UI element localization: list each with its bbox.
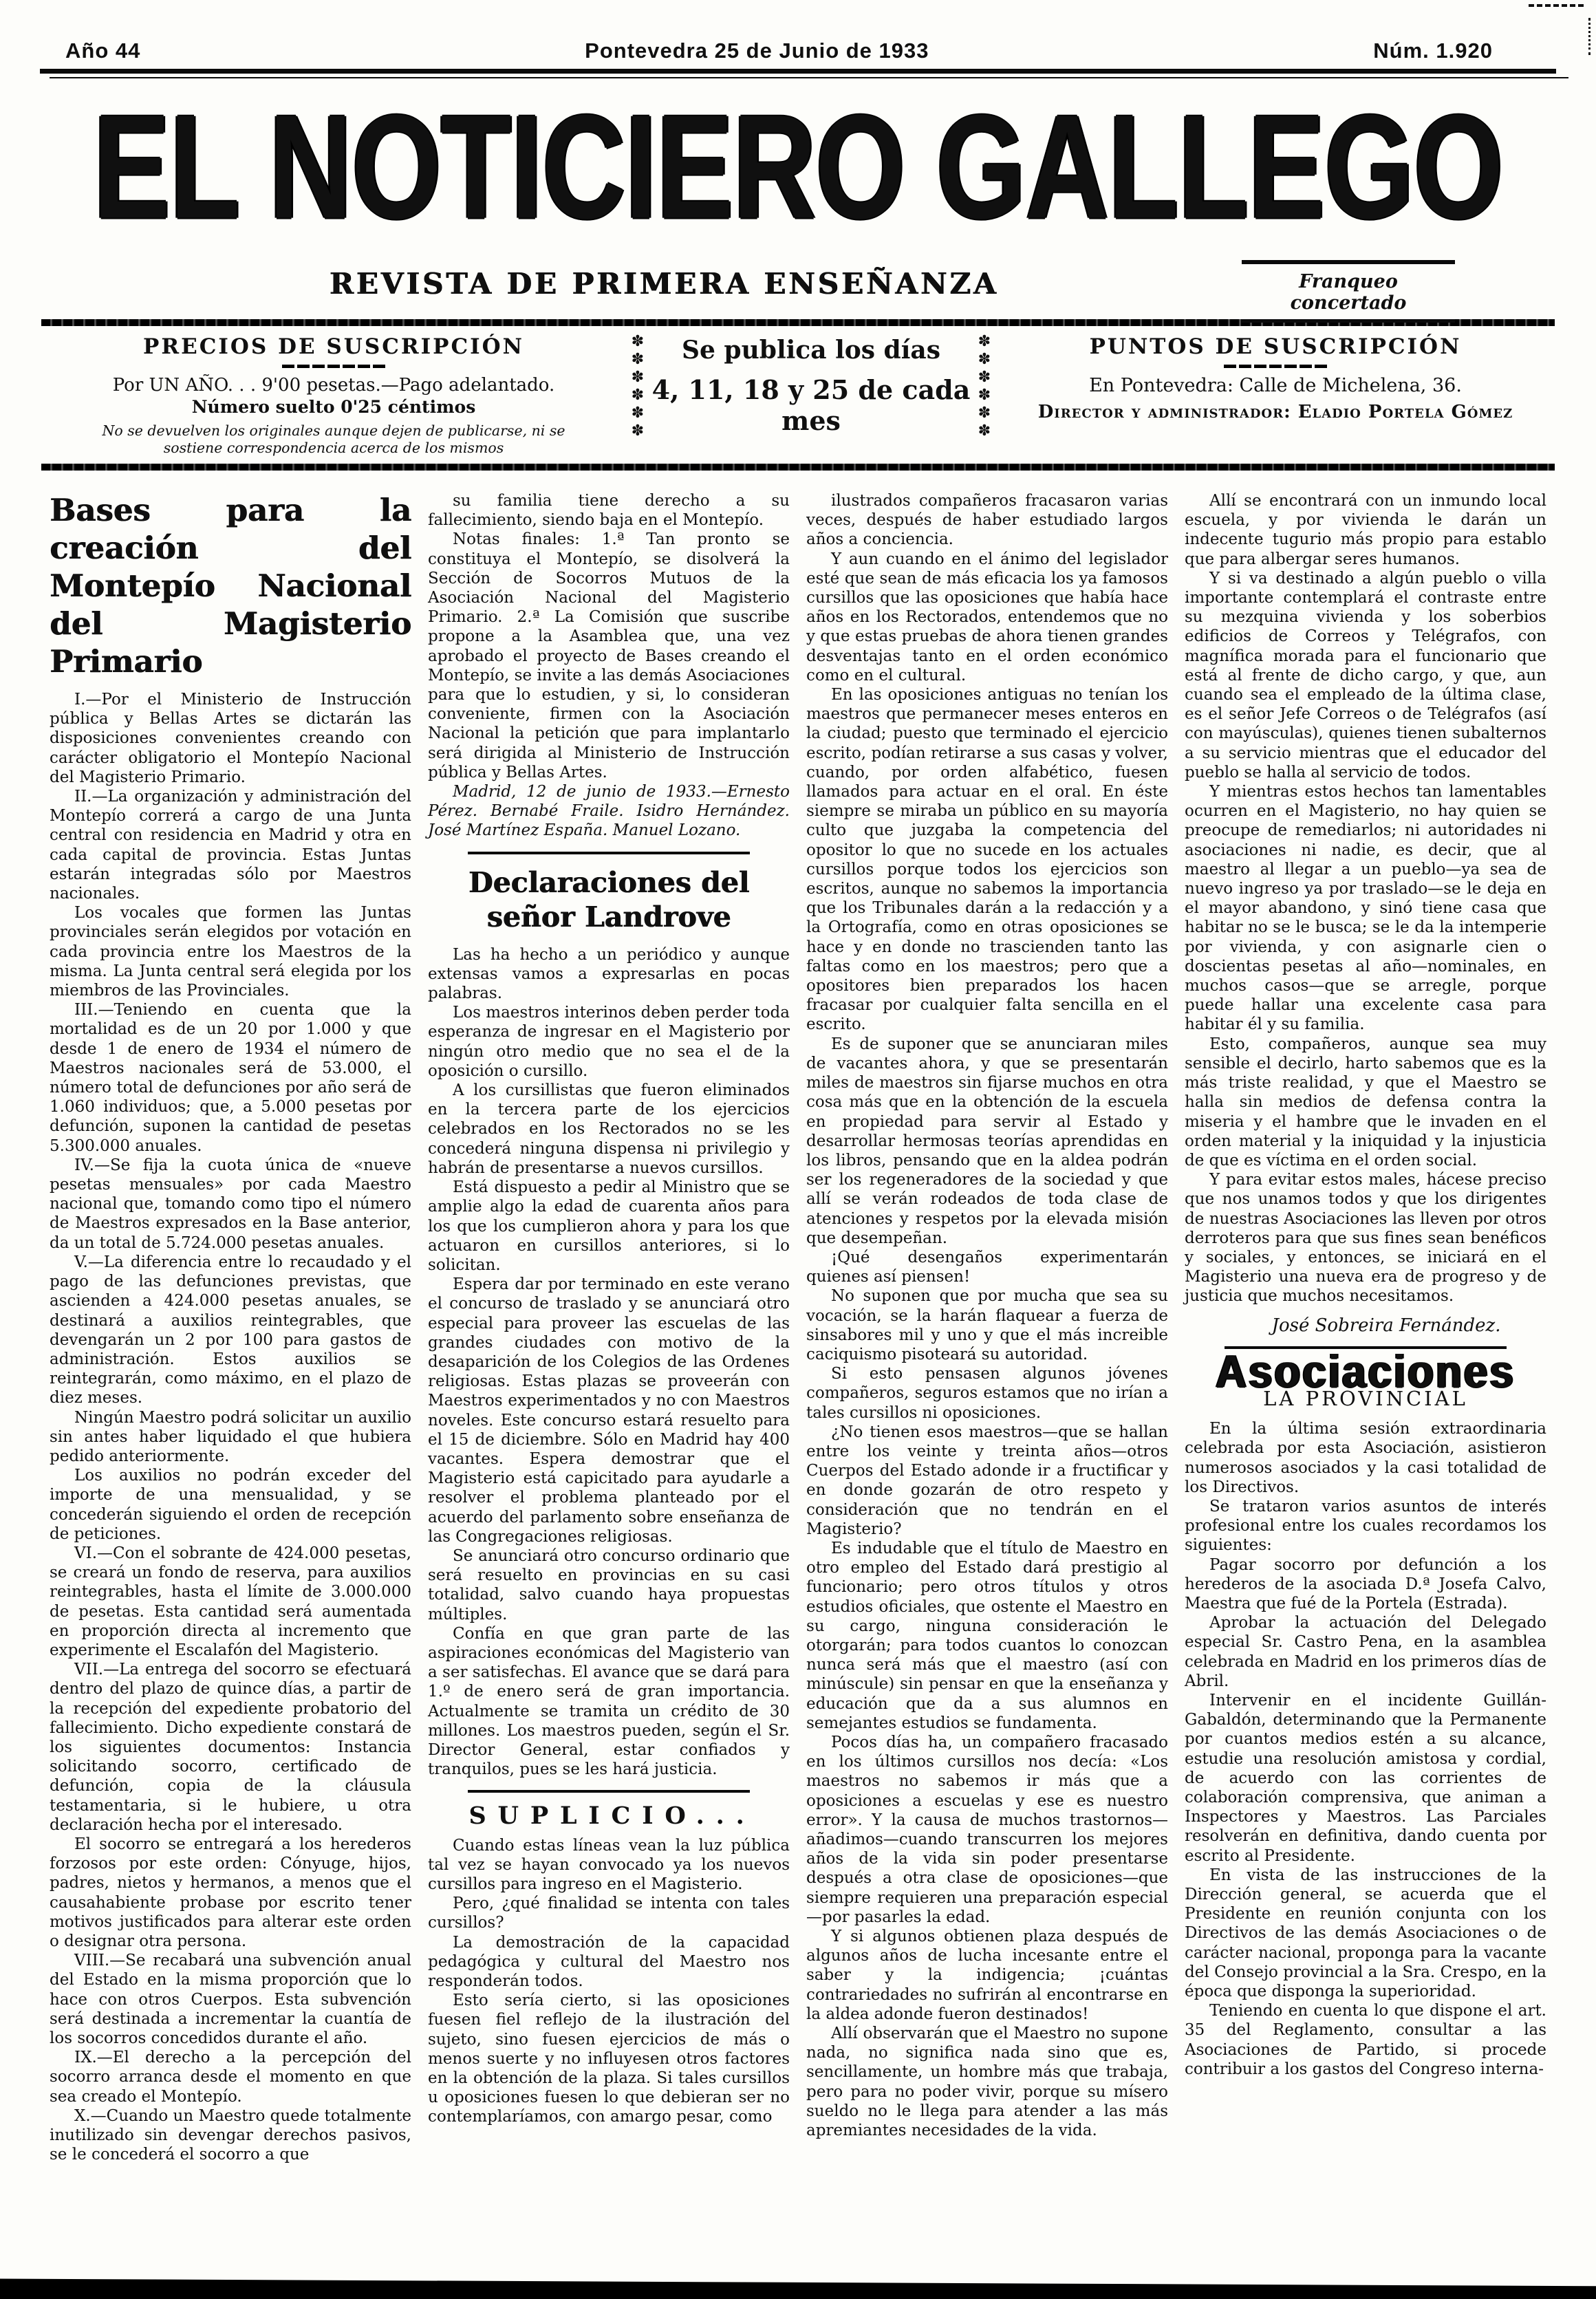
publication-days-box: Se publica los días 4, 11, 18 y 25 de ca… [649, 332, 973, 457]
article-title: Bases para la creación del Montepío Naci… [50, 491, 411, 680]
article-paragraph: Intervenir en el incidente Guillán-Gabal… [1185, 1691, 1546, 1866]
edition-info-bar: Año 44 Pontevedra 25 de Junio de 1933 Nú… [0, 0, 1596, 67]
publication-days-line1: Se publica los días [649, 336, 973, 365]
article-paragraph: Las ha hecho a un periódico y aunque ext… [428, 945, 790, 1004]
scan-artifact [1588, 18, 1590, 55]
article-paragraph: Y mientras estos hechos tan lamentables … [1185, 782, 1546, 1035]
column-1: Bases para la creación del Montepío Naci… [50, 491, 411, 2164]
header-rule-thick [40, 69, 1556, 74]
article-paragraph: Pero, ¿qué finalidad se intenta con tale… [428, 1894, 790, 1932]
article-paragraph: VIII.—Se recabará una subvención anual d… [50, 1951, 411, 2048]
puntos-box: PUNTOS DE SUSCRIPCIÓN En Pontevedra: Cal… [996, 332, 1555, 457]
precios-note: No se devuelven los originales aunque de… [41, 422, 626, 457]
mini-rule [1224, 365, 1327, 368]
newspaper-page: Año 44 Pontevedra 25 de Junio de 1933 Nú… [0, 0, 1596, 2299]
article-paragraph: III.—Teniendo en cuenta que la mortalida… [50, 1000, 411, 1156]
article-paragraph: I.—Por el Ministerio de Instrucción públ… [50, 690, 411, 787]
precios-title: PRECIOS DE SUSCRIPCIÓN [41, 334, 626, 359]
fleuron-ornament-left: ✽ ✽ ✽ ✽ ✽ ✽ [626, 332, 649, 457]
article-paragraph: Cuando estas líneas vean la luz pública … [428, 1836, 790, 1895]
precios-price-line: Por UN AÑO. . . 9'00 pesetas.—Pago adela… [41, 375, 626, 396]
article-paragraph: Si esto pensasen algunos jóvenes compañe… [806, 1364, 1168, 1423]
article-paragraph: Teniendo en cuenta lo que dispone el art… [1185, 2001, 1546, 2079]
article-paragraph: V.—La diferencia entre lo recaudado y el… [50, 1253, 411, 1408]
article-paragraph: Ningún Maestro podrá solicitar un auxili… [50, 1408, 411, 1467]
column-2: su familia tiene derecho a su fallecimie… [428, 491, 790, 2164]
article-paragraph: Pagar socorro por defunción a los herede… [1185, 1555, 1546, 1614]
column-4: Allí se encontrará con un inmundo local … [1185, 491, 1546, 2164]
edition-year: Año 44 [65, 39, 140, 63]
article-paragraph: ilustrados compañeros fracasaron varias … [806, 491, 1168, 550]
article-paragraph: Y si algunos obtienen plaza después de a… [806, 1927, 1168, 2024]
article-paragraph: Allí se encontrará con un inmundo local … [1185, 491, 1546, 569]
section-rule [468, 852, 750, 854]
article-paragraph: Está dispuesto a pedir al Ministro que s… [428, 1178, 790, 1275]
infobox-bottom-rule [41, 464, 1555, 471]
article-paragraph: A los cursillistas que fueron eliminados… [428, 1081, 790, 1178]
article-paragraph: Los auxilios no podrán exceder del impor… [50, 1466, 411, 1544]
mini-rule [282, 365, 385, 368]
article-paragraph: Es indudable que el título de Maestro en… [806, 1539, 1168, 1733]
masthead-subtitle: REVISTA DE PRIMERA ENSEÑANZA [289, 267, 1039, 301]
article-paragraph: VII.—La entrega del socorro se efectuará… [50, 1660, 411, 1835]
section-heading: Asociaciones [1185, 1362, 1546, 1383]
article-paragraph: VI.—Con el sobrante de 424.000 pesetas, … [50, 1544, 411, 1660]
subscription-info-row: PRECIOS DE SUSCRIPCIÓN Por UN AÑO. . . 9… [41, 326, 1555, 464]
fleuron-ornament-right: ✽ ✽ ✽ ✽ ✽ ✽ [973, 332, 996, 457]
article-paragraph: Es de suponer que se anunciaran miles de… [806, 1035, 1168, 1248]
author-signature: José Sobreira Fernández. [1226, 1316, 1546, 1335]
article-paragraph: IV.—Se fija la cuota única de «nueve pes… [50, 1156, 411, 1253]
masthead-title: EL NOTICIERO GALLEGO [0, 96, 1596, 283]
article-signature-line: Madrid, 12 de junio de 1933.—Ernesto Pér… [428, 782, 790, 841]
article-heading: Declaraciones del señor Landrove [435, 865, 783, 934]
puntos-address-line: En Pontevedra: Calle de Michelena, 36. [996, 375, 1555, 396]
section-rule [468, 1790, 750, 1793]
article-paragraph: Esto, compañeros, aunque sea muy sensibl… [1185, 1035, 1546, 1170]
edition-number: Núm. 1.920 [1373, 39, 1493, 63]
article-columns: Bases para la creación del Montepío Naci… [50, 491, 1546, 2164]
article-paragraph: Notas finales: 1.ª Tan pronto se constit… [428, 530, 790, 782]
precios-single-issue-line: Número suelto 0'25 céntimos [41, 397, 626, 417]
article-heading-spaced: SUPLICIO... [435, 1806, 790, 1826]
article-paragraph: Espera dar por terminado en este verano … [428, 1275, 790, 1546]
article-paragraph: Los vocales que formen las Juntas provin… [50, 903, 411, 1000]
article-paragraph: En la última sesión extraordinaria celeb… [1185, 1419, 1546, 1497]
article-paragraph: su familia tiene derecho a su fallecimie… [428, 491, 790, 530]
edition-date: Pontevedra 25 de Junio de 1933 [585, 39, 929, 63]
column-3: ilustrados compañeros fracasaron varias … [806, 491, 1168, 2164]
header-rule-thin [50, 77, 1568, 78]
scan-artifact [1529, 4, 1584, 7]
article-paragraph: Y para evitar estos males, hácese precis… [1185, 1170, 1546, 1306]
article-paragraph: ¿No tienen esos maestros—que se hallan e… [806, 1423, 1168, 1539]
article-paragraph: En vista de las instrucciones de la Dire… [1185, 1866, 1546, 2001]
article-paragraph: Se anunciará otro concurso ordinario que… [428, 1546, 790, 1624]
article-paragraph: X.—Cuando un Maestro quede totalmente in… [50, 2106, 411, 2165]
article-paragraph: El socorro se entregará a los herederos … [50, 1835, 411, 1951]
franqueo-box: Franqueo concertado [1242, 260, 1455, 323]
article-paragraph: Los maestros interinos deben perder toda… [428, 1003, 790, 1081]
puntos-director-line: Director y administrador: Eladio Portela… [996, 402, 1555, 422]
article-paragraph: Y si va destinado a algún pueblo o villa… [1185, 569, 1546, 782]
subtitle-row: REVISTA DE PRIMERA ENSEÑANZA Franqueo co… [0, 260, 1596, 319]
precios-box: PRECIOS DE SUSCRIPCIÓN Por UN AÑO. . . 9… [41, 332, 626, 457]
article-paragraph: Pocos días ha, un compañero fracasado en… [806, 1733, 1168, 1927]
article-paragraph: La demostración de la capacidad pedagógi… [428, 1933, 790, 1992]
article-paragraph: En las oposiciones antiguas no tenían lo… [806, 685, 1168, 1035]
puntos-title: PUNTOS DE SUSCRIPCIÓN [996, 334, 1555, 359]
article-paragraph: Allí observarán que el Maestro no supone… [806, 2024, 1168, 2140]
article-paragraph: Esto sería cierto, si las oposiciones fu… [428, 1991, 790, 2126]
article-paragraph: ¡Qué desengaños experimentarán quienes a… [806, 1248, 1168, 1286]
article-paragraph: Aprobar la actuación del Delegado especi… [1185, 1613, 1546, 1691]
article-paragraph: II.—La organización y administración del… [50, 787, 411, 903]
article-paragraph: Y aun cuando en el ánimo del legislador … [806, 550, 1168, 685]
article-paragraph: Se trataron varios asuntos de interés pr… [1185, 1497, 1546, 1555]
article-paragraph: Confía en que gran parte de las aspiraci… [428, 1624, 790, 1780]
publication-days-line2: 4, 11, 18 y 25 de cada mes [649, 374, 973, 436]
article-paragraph: IX.—El derecho a la percepción del socor… [50, 2048, 411, 2106]
page-bottom-scan-bar [0, 2274, 1596, 2299]
article-paragraph: No suponen que por mucha que sea su voca… [806, 1286, 1168, 1364]
